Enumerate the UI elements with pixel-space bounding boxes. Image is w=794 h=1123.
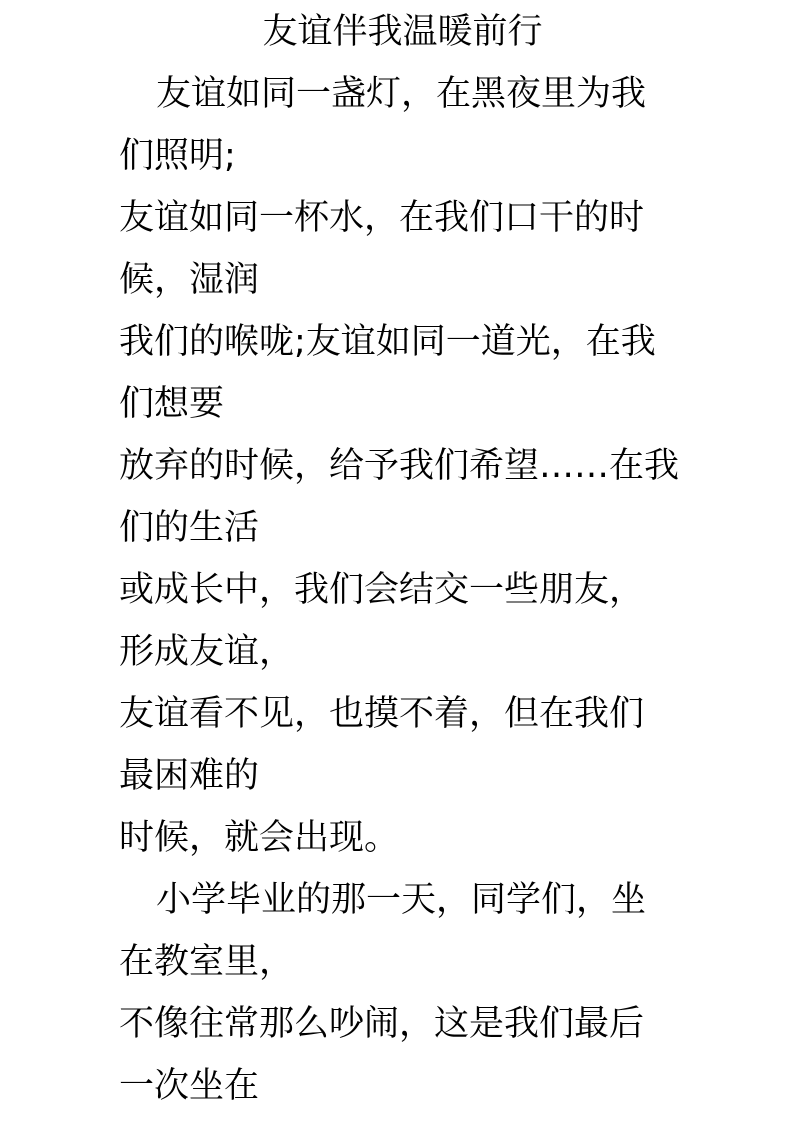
document-title: 友谊伴我温暖前行 (119, 1, 686, 63)
document-body: 友谊如同一盏灯，在黑夜里为我们照明;友谊如同一杯水，在我们口干的时候，湿润我们的… (119, 63, 686, 1117)
text-line: 时候，就会出现。 (119, 807, 686, 869)
text-line: 友谊看不见，也摸不着，但在我们 (119, 683, 686, 745)
text-line: 我们的喉咙;友谊如同一道光，在我 (119, 311, 686, 373)
text-line: 一次坐在 (119, 1055, 686, 1117)
text-line: 小学毕业的那一天，同学们，坐 (119, 869, 686, 931)
text-line: 或成长中，我们会结交一些朋友， (119, 559, 686, 621)
text-line: 们照明; (119, 125, 686, 187)
text-line: 友谊如同一杯水，在我们口干的时 (119, 187, 686, 249)
text-line: 友谊如同一盏灯，在黑夜里为我 (119, 63, 686, 125)
text-line: 最困难的 (119, 745, 686, 807)
text-line: 候，湿润 (119, 249, 686, 311)
text-line: 形成友谊， (119, 621, 686, 683)
text-line: 们的生活 (119, 497, 686, 559)
text-line: 们想要 (119, 373, 686, 435)
text-line: 放弃的时候，给予我们希望……在我 (119, 435, 686, 497)
text-line: 在教室里， (119, 931, 686, 993)
document-page: 友谊伴我温暖前行 友谊如同一盏灯，在黑夜里为我们照明;友谊如同一杯水，在我们口干… (0, 0, 794, 1123)
text-line: 不像往常那么吵闹，这是我们最后 (119, 993, 686, 1055)
